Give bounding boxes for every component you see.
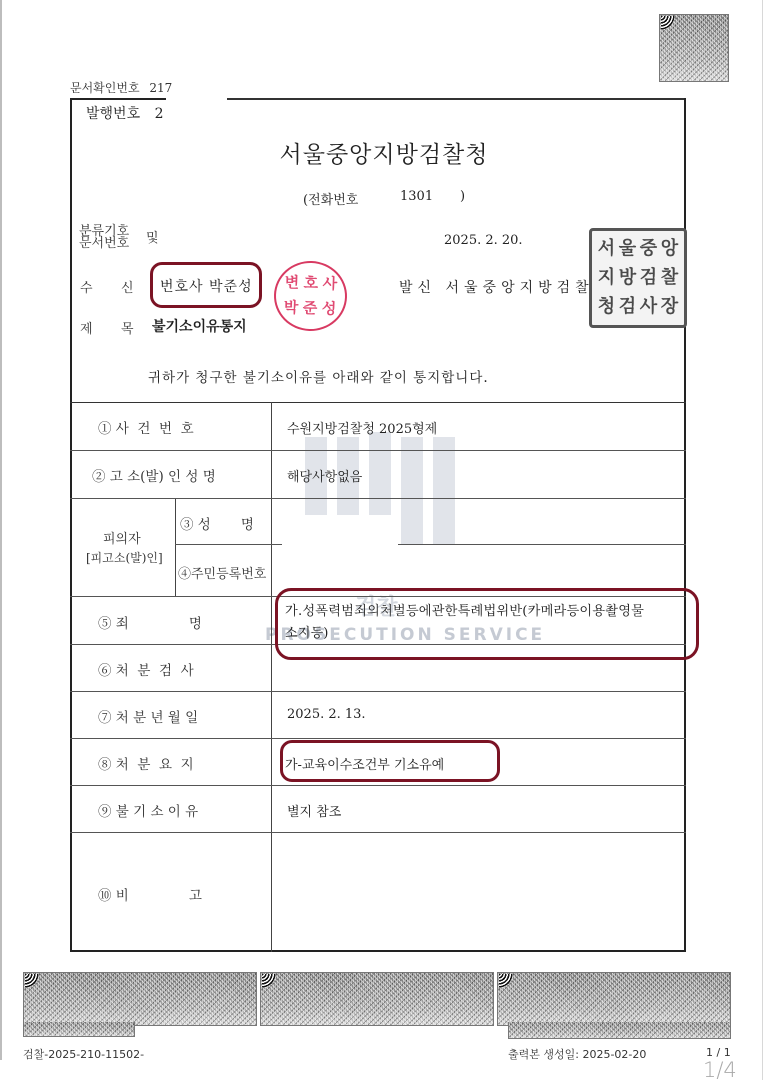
row-label: ① 사 건 번 호 [98, 417, 194, 437]
phone-value: 1301 [400, 189, 433, 204]
row-label: ⑩ 비 고 [98, 884, 202, 904]
qr-marker-icon [262, 974, 276, 988]
viewer-page-indicator: 1/4 [703, 1058, 737, 1080]
issue-number: 발행번호 2 [86, 103, 163, 123]
classification-line-2: 문서번호 [79, 238, 129, 250]
footer-generated-date: 출력본 생성일: 2025-02-20 [508, 1046, 646, 1062]
phone-close-paren: ) [460, 189, 465, 204]
table-top-border [70, 402, 686, 403]
row-label: ⑤ 죄 명 [98, 612, 202, 632]
seal-char: 지 [598, 269, 615, 287]
seal-char: 사 [322, 276, 337, 291]
seal-char: 울 [619, 240, 636, 258]
office-seal: 서 울 중 앙 지 방 검 찰 청 검 사 장 [589, 228, 687, 328]
seal-char: 서 [598, 240, 615, 258]
disposition-highlight [280, 740, 500, 782]
recipient-label-2: 신 [121, 277, 134, 296]
bottom-qr-code-3-tail [508, 1022, 731, 1039]
seal-char: 호 [303, 276, 318, 291]
table-row-border [70, 450, 686, 451]
row-label: ② 고 소(발) 인 성 명 [92, 465, 216, 485]
table-row-border [70, 738, 686, 739]
bottom-qr-code-1 [23, 972, 257, 1026]
phone-number: (전화번호 1301 ) [303, 189, 473, 205]
sender: 발신 서울중앙지방검찰청 [399, 277, 612, 297]
seal-char: 앙 [661, 240, 678, 258]
table-row-border [70, 832, 686, 833]
seal-char: 방 [619, 269, 636, 287]
document-frame [70, 98, 686, 952]
row-label: ⑧ 처 분 요 지 [98, 753, 194, 773]
classification-label: 분류기호 문서번호 [79, 226, 129, 250]
subject-label-2: 목 [121, 318, 134, 337]
notice-text: 귀하가 청구한 불기소이유를 아래와 같이 통지합니다. [148, 366, 489, 386]
top-qr-code [659, 14, 729, 82]
row-value: 해당사항없음 [287, 466, 362, 485]
qr-marker-icon [661, 16, 675, 30]
doc-confirm-label: 문서확인번호 [70, 81, 140, 95]
watermark-bar [369, 432, 391, 515]
subject-value: 불기소이유통지 [152, 316, 247, 336]
row-label: ⑦ 처 분 년 월 일 [98, 706, 198, 726]
recipient-label-1: 수 [80, 277, 93, 296]
agency-title: 서울중앙지방검찰청 [0, 136, 768, 169]
suspect-group-label: 피의자 [103, 528, 141, 547]
subject-label-1: 제 [80, 318, 93, 337]
row-value: 별지 참조 [287, 801, 341, 820]
issue-date: 2025. 2. 20. [444, 233, 523, 248]
table-row-border [398, 544, 686, 545]
row-label: ⑥ 처 분 검 사 [98, 659, 194, 679]
suspect-group-sublabel: [피고소(발)인] [86, 549, 163, 566]
row-value: 수원지방검찰청 2025형제 [287, 418, 437, 437]
watermark-bar [401, 437, 423, 545]
seal-char: 준 [303, 301, 318, 316]
bottom-qr-code-3 [497, 972, 731, 1026]
seal-char: 변 [284, 275, 299, 290]
row-label: ⑨ 불 기 소 이 유 [98, 800, 198, 820]
row-label: ③ 성 명 [180, 513, 254, 533]
qr-marker-icon [25, 974, 39, 988]
recipient-highlight [150, 262, 262, 308]
footer-doc-id: 검찰-2025-210-11502- [23, 1046, 144, 1062]
issue-label: 발행번호 [86, 106, 140, 122]
seal-char: 검 [640, 269, 657, 287]
row-label: ④주민등록번호 [178, 563, 266, 582]
seal-char: 청 [598, 298, 615, 316]
row-value: 2025. 2. 13. [287, 707, 366, 722]
table-row-border [70, 691, 686, 692]
seal-char: 장 [661, 298, 678, 316]
seal-char: 박 [284, 300, 299, 315]
bottom-qr-code-1-tail [23, 1022, 135, 1037]
table-col-divider [271, 402, 272, 952]
table-row-border [70, 785, 686, 786]
seal-char: 중 [640, 240, 657, 258]
seal-char: 검 [619, 298, 636, 316]
doc-confirm-value: 217 [149, 81, 172, 95]
qr-marker-icon [499, 974, 513, 988]
table-row-border [70, 498, 686, 499]
table-sub-col-divider [175, 498, 176, 596]
charge-highlight [275, 588, 699, 660]
issue-value: 2 [155, 106, 164, 122]
seal-char: 사 [640, 298, 657, 316]
bottom-qr-code-2 [260, 972, 494, 1026]
doc-confirm-number: 문서확인번호 217 [70, 79, 172, 96]
seal-char: 찰 [661, 269, 678, 287]
seal-char: 성 [322, 301, 337, 316]
table-row-border [175, 544, 282, 545]
classification-and: 및 [146, 227, 159, 246]
watermark-bar [433, 437, 455, 545]
phone-label: (전화번호 [303, 193, 358, 208]
